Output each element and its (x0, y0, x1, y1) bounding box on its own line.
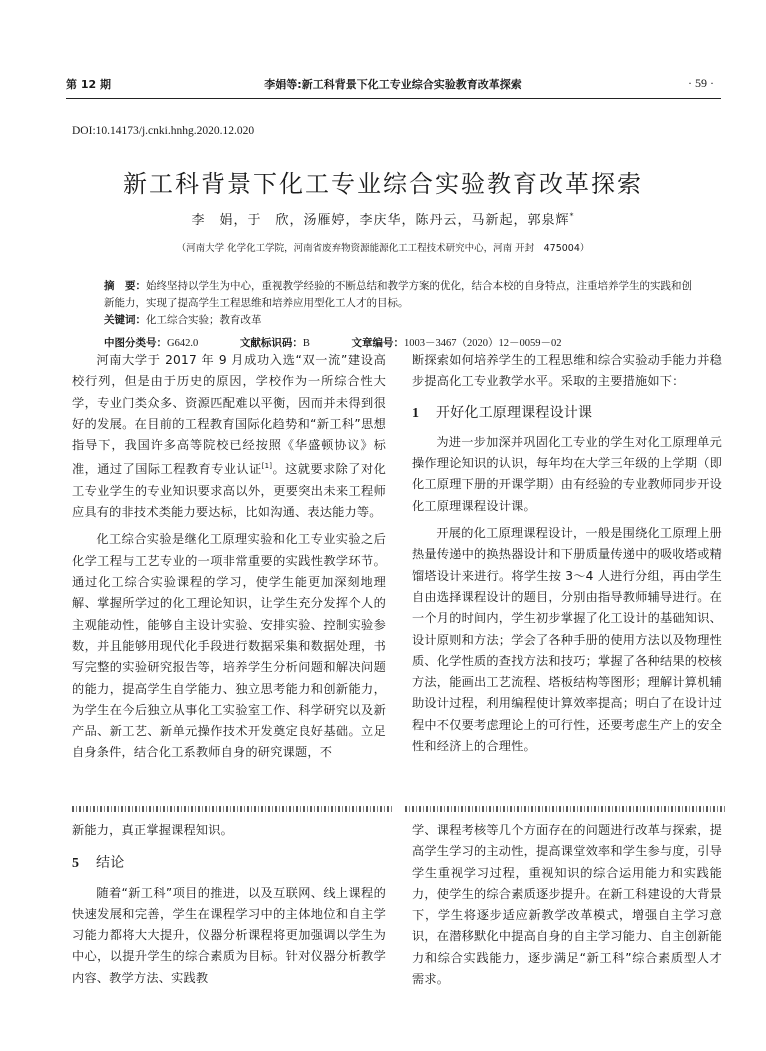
abstract-block: 摘 要：始终坚持以学生为中心，重视教学经验的不断总结和教学方案的优化，结合本校的… (104, 278, 694, 329)
abstract-text: 始终坚持以学生为中心，重视教学经验的不断总结和教学方案的优化，结合本校的自身特点… (104, 280, 692, 309)
section-1-heading: 1开好化工原理课程设计课 (412, 403, 722, 424)
doi: DOI:10.14173/j.cnki.hnhg.2020.12.020 (72, 125, 254, 137)
authors: 李 娟，于 欣，汤雁婷，李庆华，陈丹云，马新起，郭泉辉 (191, 213, 569, 228)
section-5-heading: 5结论 (72, 853, 386, 874)
page-number: · 59 · (688, 76, 714, 91)
citation-ref: [1] (262, 462, 273, 470)
paragraph-continued: 断探索如何培养学生的工程思维和综合实验动手能力并稳步提高化工专业教学水平。采取的… (412, 350, 722, 393)
left-column-top: 河南大学于 2017 年 9 月成功入选“双一流”建设高校行列，但是由于历史的原… (72, 350, 386, 764)
paragraph-conclusion-continued: 学、课程考核等几个方面存在的问题进行改革与探索，提高学生学习的主动性，提高课堂效… (412, 820, 722, 990)
paragraph-course-design-intro: 为进一步加深并巩固化工专业的学生对化工原理单元操作理论知识的认识，每年均在大学三… (412, 432, 722, 517)
keywords: 关键词：化工综合实验；教育改革 (104, 312, 694, 329)
classification-line: 中图分类号：G642.0 文献标识码：B 文章编号：1003－3467（2020… (104, 335, 704, 350)
left-column-bottom: 新能力，真正掌握课程知识。 5结论 随着“新工科”项目的推进，以及互联网、线上课… (72, 820, 386, 989)
paragraph-course-design-detail: 开展的化工原理课程设计，一般是围绕化工原理上册热量传递中的换热器设计和下册质量传… (412, 523, 722, 757)
article-no-value: 1003－3467（2020）12－0059－02 (404, 338, 562, 349)
article-no-label: 文章编号： (352, 337, 405, 349)
clc-label: 中图分类号： (104, 337, 167, 349)
running-header: 第 12 期 李娟等:新工科背景下化工专业综合实验教育改革探索 · 59 · (66, 76, 720, 94)
clc-value: G642.0 (167, 338, 198, 349)
column-break-divider (405, 806, 727, 812)
paragraph-conclusion: 随着“新工科”项目的推进，以及互联网、线上课程的快速发展和完善，学生在课程学习中… (72, 883, 386, 989)
right-column-bottom: 学、课程考核等几个方面存在的问题进行改革与探索，提高学生学习的主动性，提高课堂效… (412, 820, 722, 990)
paragraph-continued: 新能力，真正掌握课程知识。 (72, 820, 386, 841)
section-title: 开好化工原理课程设计课 (436, 405, 592, 421)
right-column-top: 断探索如何培养学生的工程思维和综合实验动手能力并稳步提高化工专业教学水平。采取的… (412, 350, 722, 757)
section-number: 5 (72, 853, 96, 874)
abstract: 摘 要：始终坚持以学生为中心，重视教学经验的不断总结和教学方案的优化，结合本校的… (104, 278, 694, 312)
doc-code-label: 文献标识码： (240, 337, 303, 349)
affiliation: （河南大学 化学化工学院，河南省废弃物资源能源化工工程技术研究中心，河南 开封 … (0, 240, 766, 254)
section-title: 结论 (96, 855, 124, 871)
author-list: 李 娟，于 欣，汤雁婷，李庆华，陈丹云，马新起，郭泉辉* (0, 209, 766, 228)
keywords-text: 化工综合实验；教育改革 (146, 314, 262, 326)
article-title: 新工科背景下化工专业综合实验教育改革探索 (0, 164, 766, 199)
paragraph-text: 河南大学于 2017 年 9 月成功入选“双一流”建设高校行列，但是由于历史的原… (72, 353, 386, 477)
keywords-label: 关键词： (104, 314, 146, 326)
running-title: 李娟等:新工科背景下化工专业综合实验教育改革探索 (66, 76, 720, 92)
corresponding-author-mark: * (570, 212, 575, 221)
abstract-label: 摘 要： (104, 280, 146, 292)
section-number: 1 (412, 403, 436, 424)
paragraph-comprehensive-experiment: 化工综合实验是继化工原理实验和化工专业实验之后化学工程与工艺专业的一项非常重要的… (72, 529, 386, 763)
paragraph-intro: 河南大学于 2017 年 9 月成功入选“双一流”建设高校行列，但是由于历史的原… (72, 350, 386, 523)
header-rule (66, 98, 721, 99)
column-break-divider (72, 806, 392, 812)
doc-code-value: B (303, 338, 310, 349)
